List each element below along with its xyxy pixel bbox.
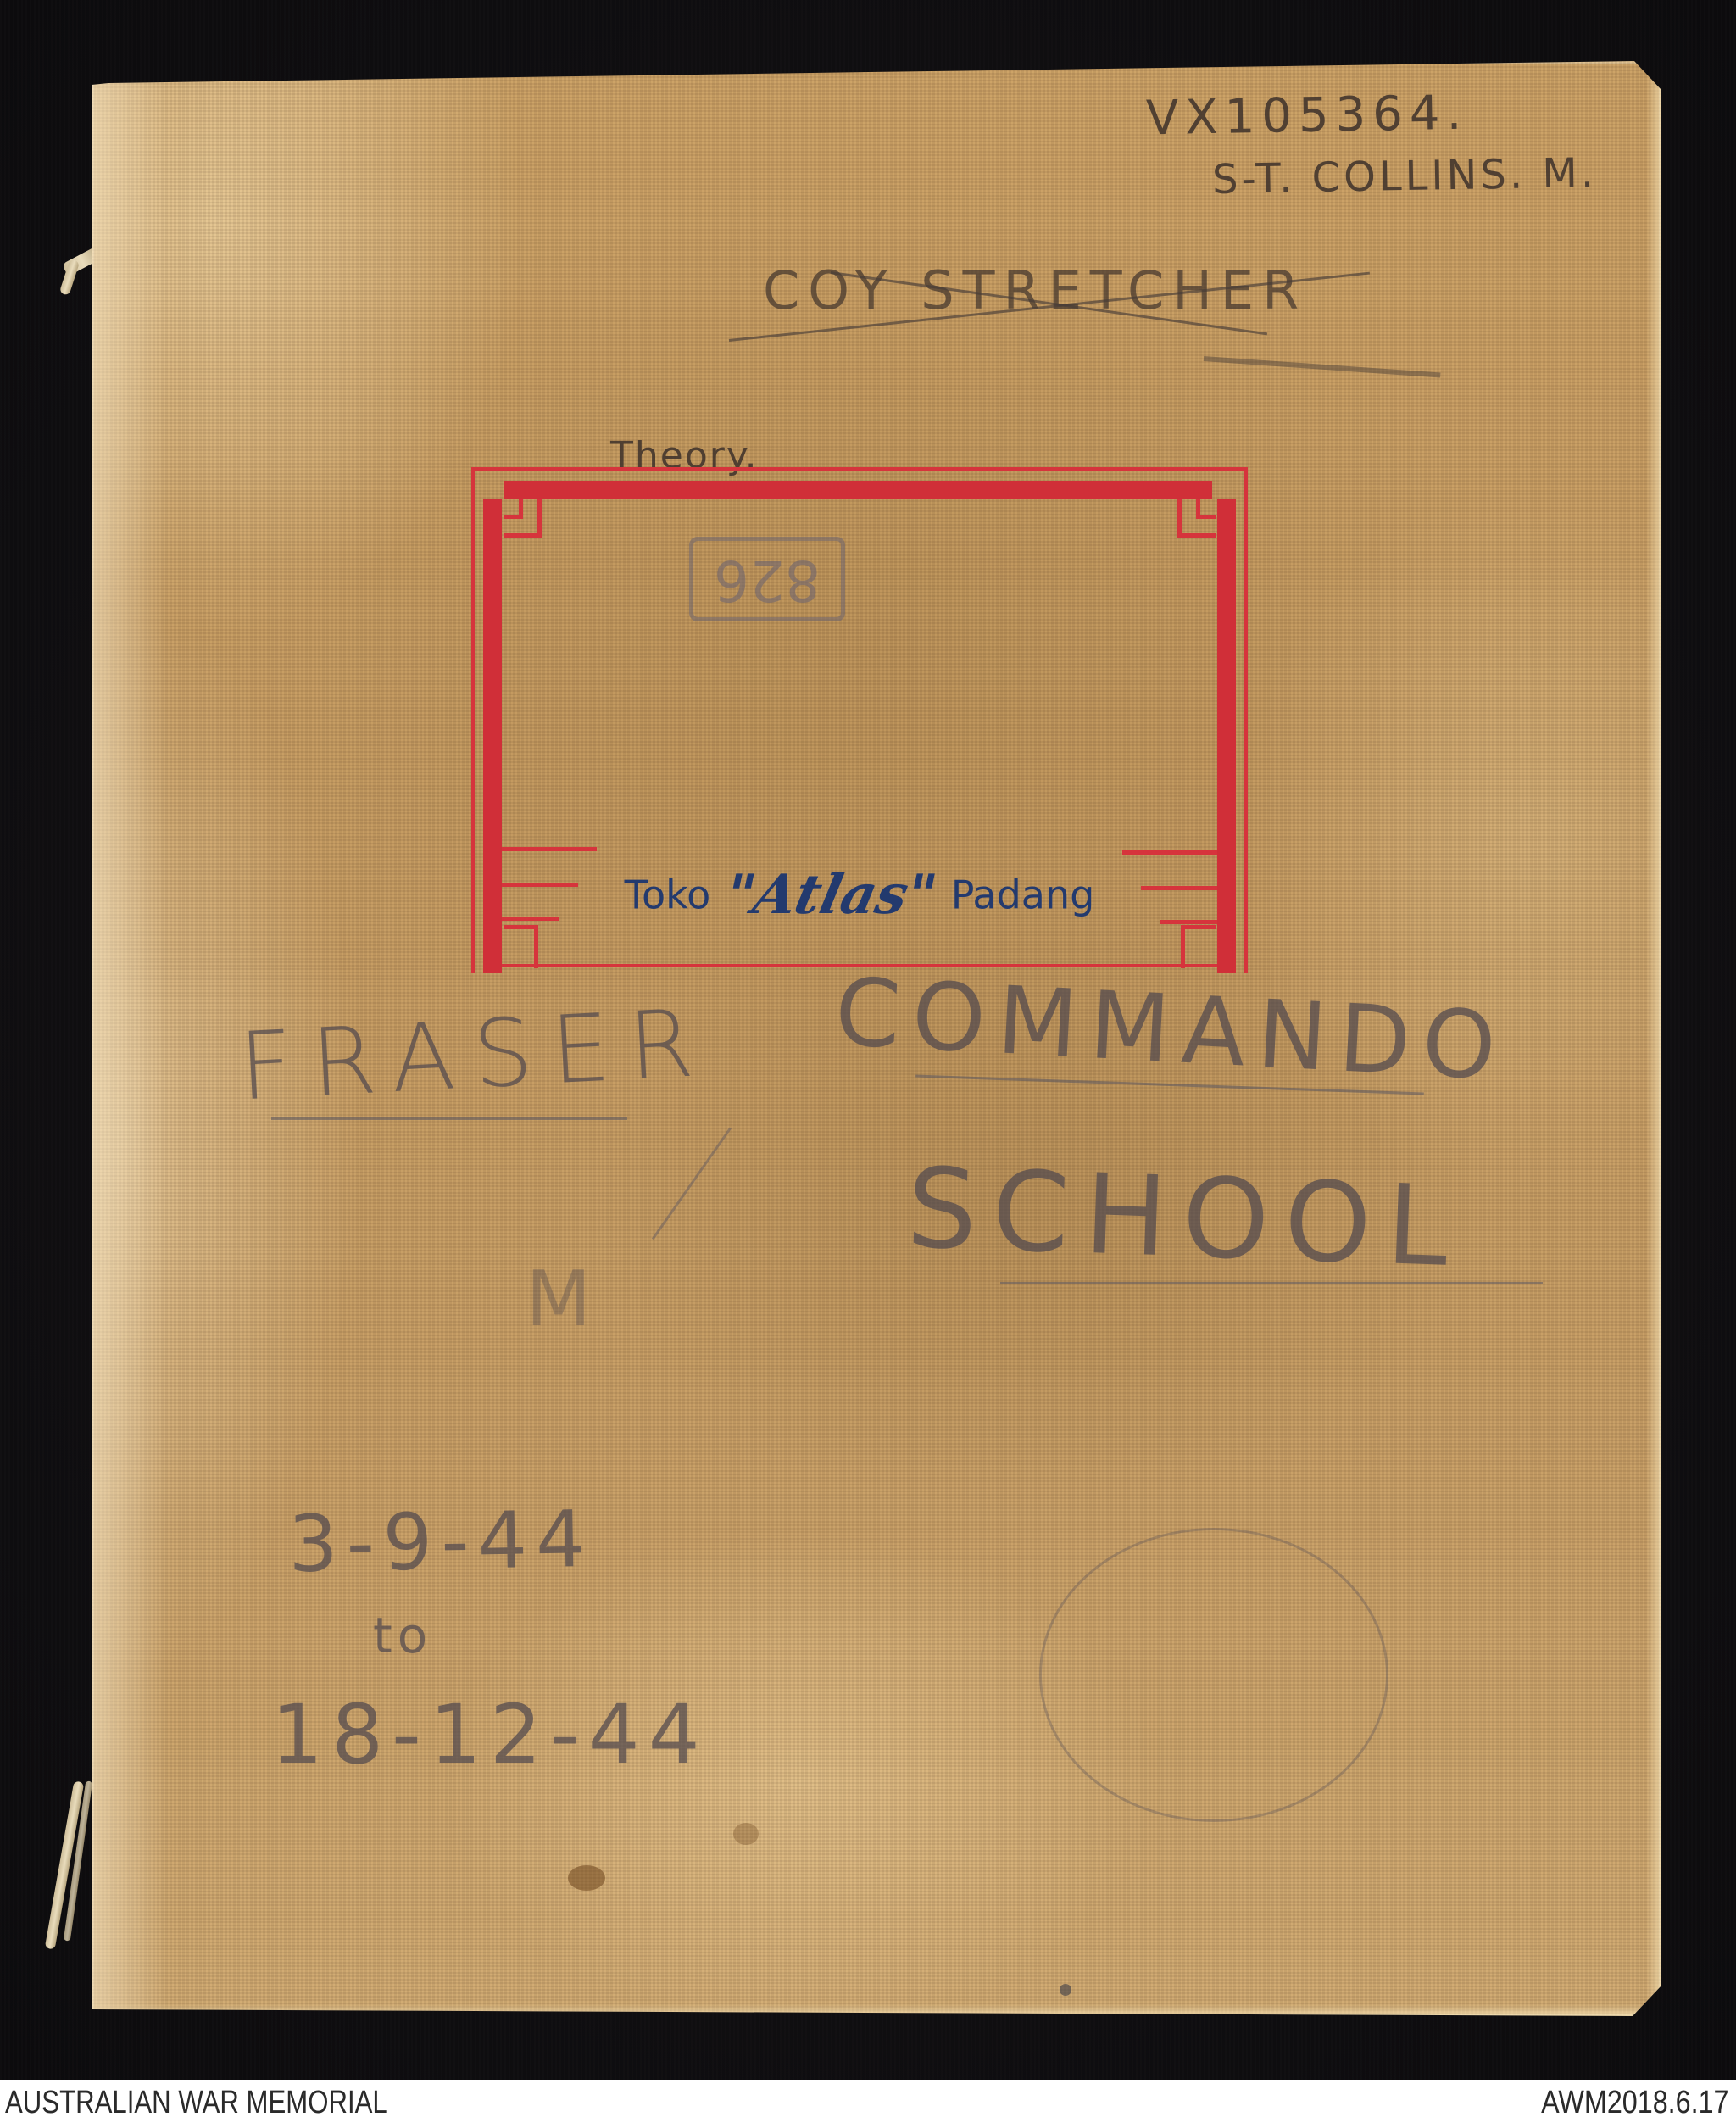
right-edge [1646, 61, 1661, 2016]
spine-wear [92, 61, 168, 2016]
stain [733, 1823, 759, 1845]
title-school-underline [1000, 1282, 1543, 1284]
caption-strip: AUSTRALIAN WAR MEMORIAL AWM2018.6.17 [0, 2080, 1736, 2123]
brand-label: Toko "Atlas" Padang [471, 863, 1248, 927]
brand-name: "Atlas" [720, 863, 943, 927]
pencil-oval-sketch [1039, 1528, 1388, 1822]
brand-suffix: Padang [951, 872, 1095, 918]
date-to-word: to [373, 1607, 432, 1664]
title-school: SCHOOL [905, 1144, 1466, 1292]
brand-prefix: Toko [625, 872, 711, 918]
stock-number-box: 826 [689, 537, 845, 621]
stock-number: 826 [693, 548, 841, 613]
frame-corner-br [1181, 925, 1216, 968]
initials: M [526, 1255, 597, 1344]
title-fraser-underline [271, 1117, 627, 1120]
frame-top-bar [504, 481, 1212, 499]
date-from: 3-9-44 [287, 1494, 594, 1590]
stain [1060, 1984, 1071, 1996]
frame-corner-tl-inner [504, 499, 523, 519]
struck-text: COY STRETCHER [763, 259, 1307, 321]
service-number: VX105364. [1145, 86, 1468, 147]
accession-number: AWM2018.6.17 [1542, 2085, 1729, 2121]
frame-br-line-1 [1122, 850, 1217, 855]
frame-corner-bl [504, 925, 538, 968]
owner-name: S-T. COLLINS. M. [1212, 149, 1598, 203]
frame-outer-top [471, 467, 1248, 471]
stain [568, 1865, 605, 1891]
photograph: VX105364. S-T. COLLINS. M. COY STRETCHER… [0, 0, 1736, 2080]
frame-corner-tr-inner [1196, 499, 1216, 519]
institution-name: AUSTRALIAN WAR MEMORIAL [5, 2085, 387, 2121]
date-to: 18-12-44 [271, 1687, 709, 1782]
frame-bl-line-1 [502, 847, 597, 851]
